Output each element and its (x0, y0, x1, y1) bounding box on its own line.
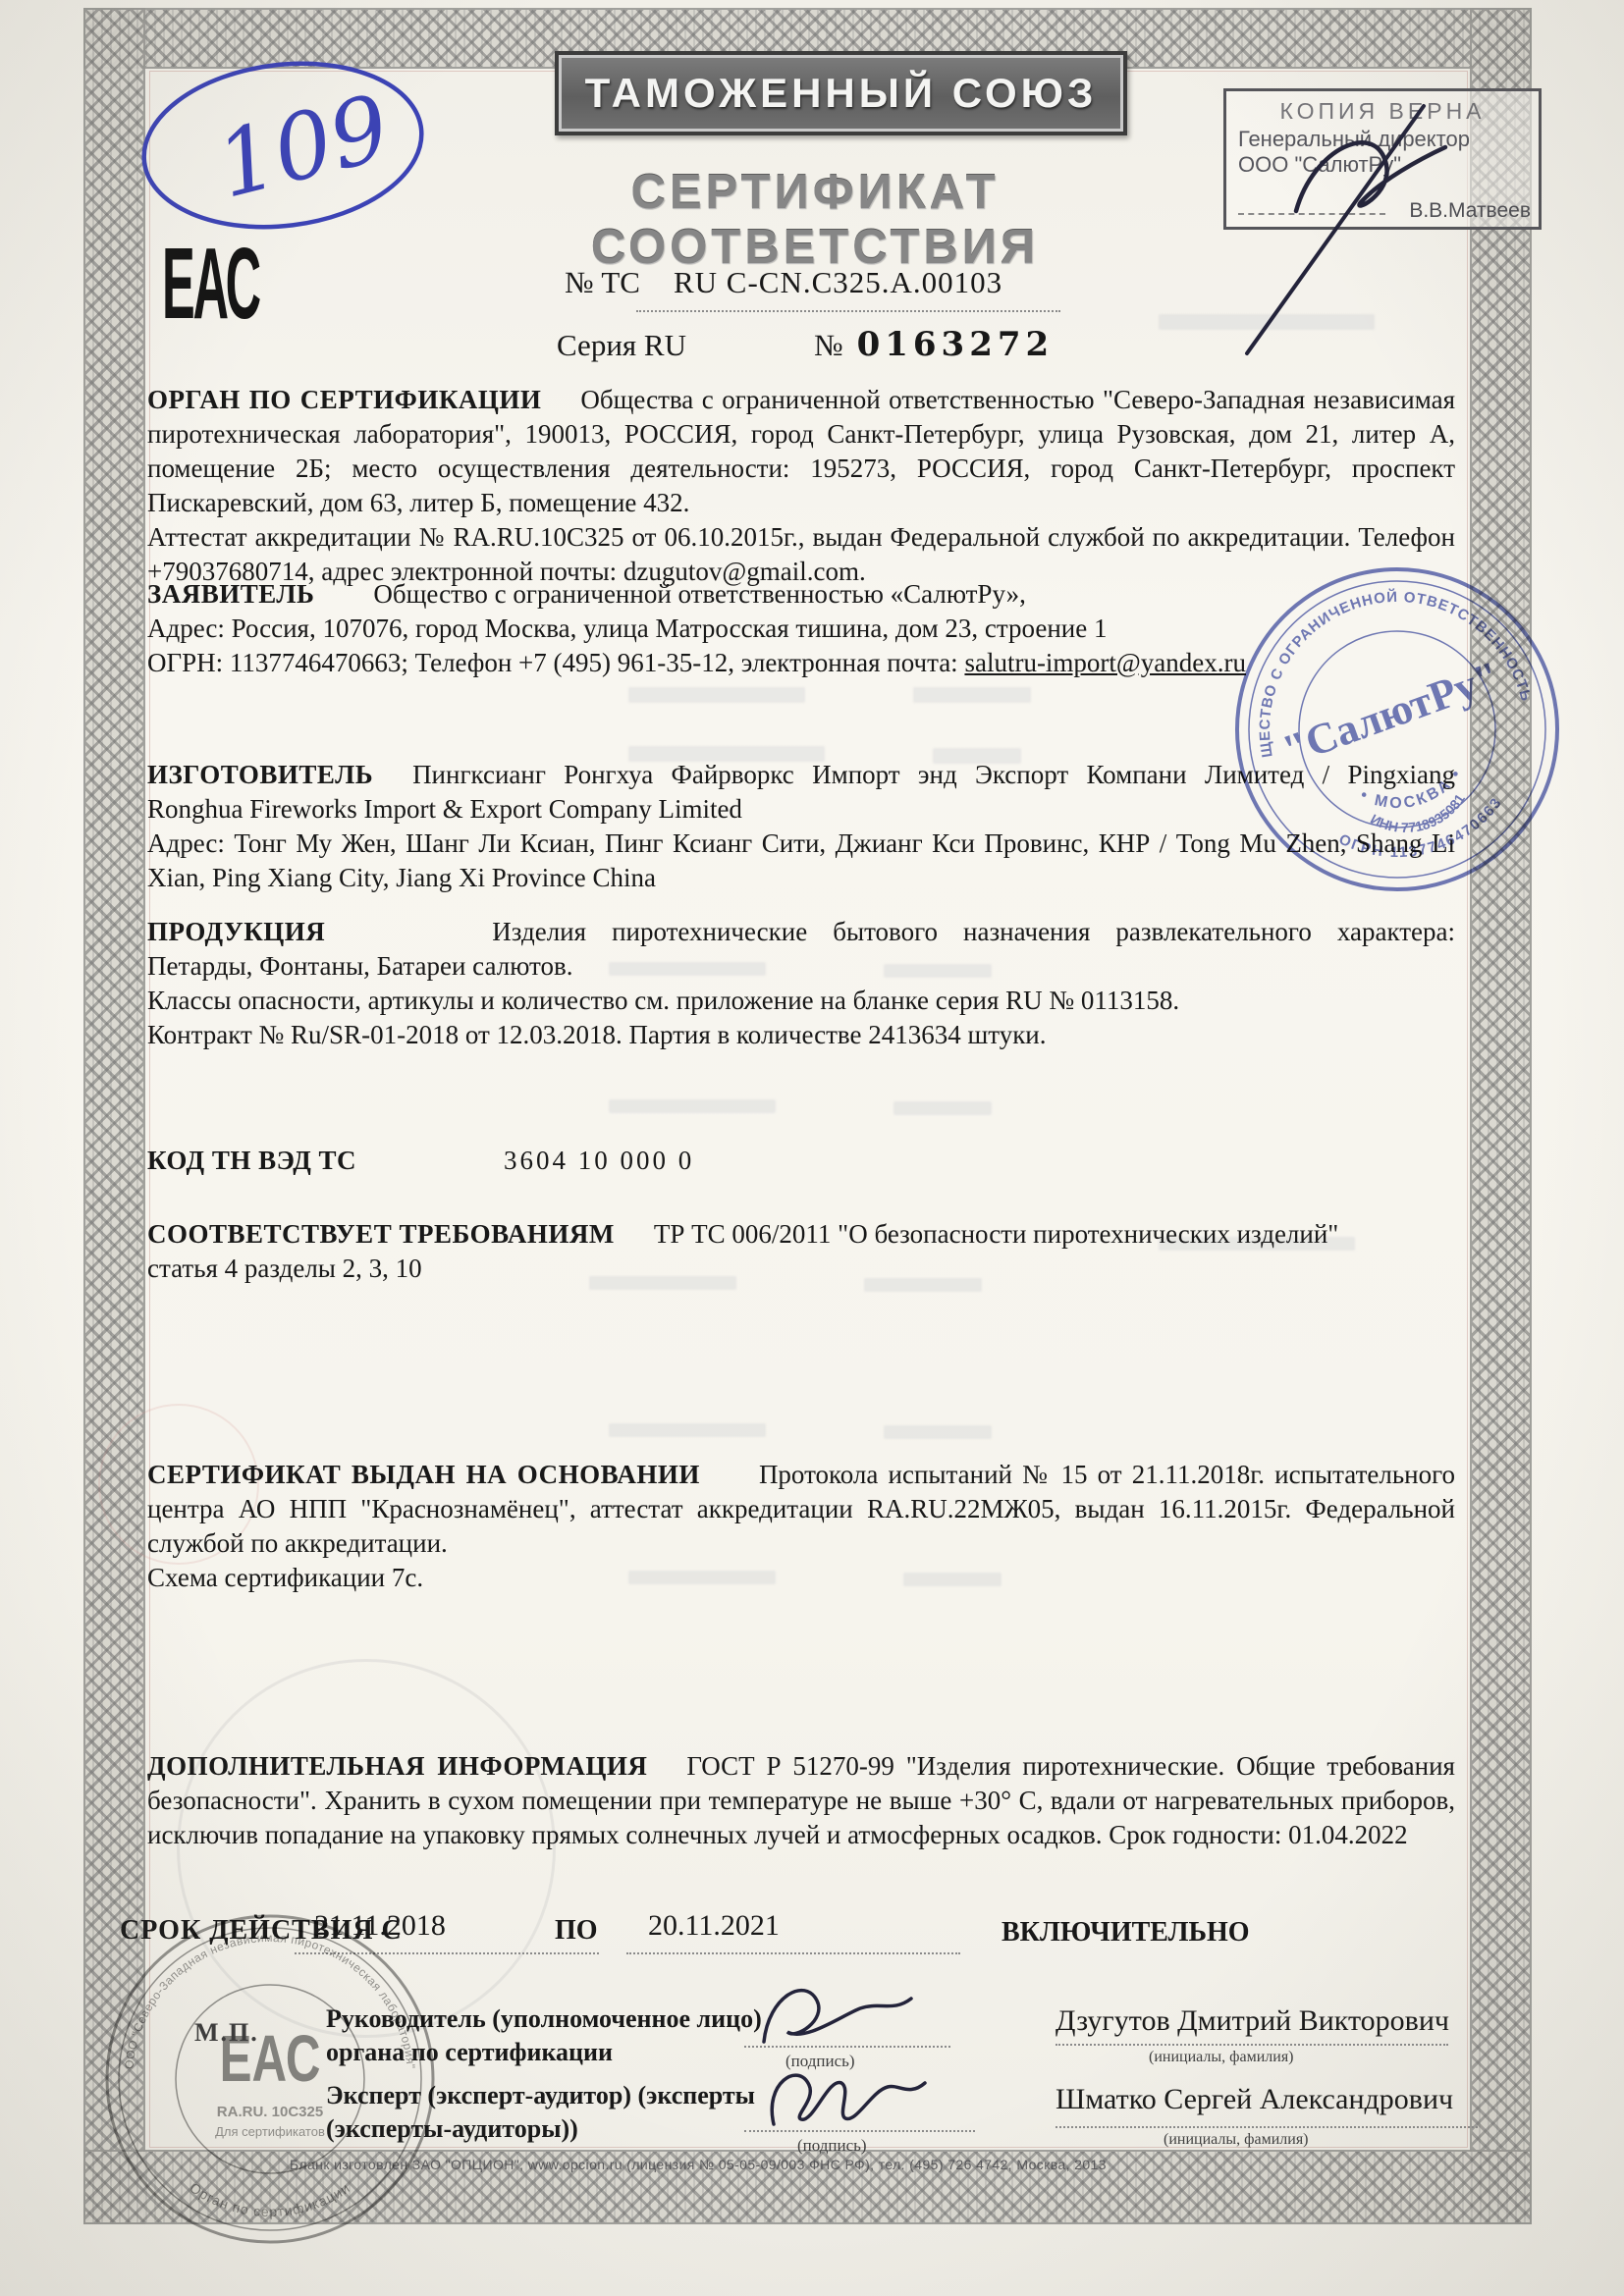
director-signature-ink (1100, 79, 1551, 363)
applicant-text: Общество с ограниченной ответственностью… (373, 579, 1025, 609)
series-label: Серия RU (557, 328, 686, 362)
head-name-caption: (инициалы, фамилия) (1149, 2049, 1294, 2066)
certificate-page: ТАМОЖЕННЫЙ СОЮЗ СЕРТИФИКАТ СООТВЕТСТВИЯ … (0, 0, 1624, 2296)
production-label: ПРОДУКЦИЯ (147, 917, 325, 946)
handwritten-page-number-text: 109 (207, 75, 400, 218)
validity-to-label: ПО (555, 1915, 598, 1947)
handwritten-page-number: 109 (126, 47, 440, 243)
basis-label: СЕРТИФИКАТ ВЫДАН НА ОСНОВАНИИ (147, 1460, 700, 1489)
certification-body-round-stamp: ООО "Северо-Западная независимая пиротех… (93, 1902, 447, 2256)
expert-name-caption: (инициалы, фамилия) (1164, 2131, 1309, 2149)
expert-name-underline (1056, 2126, 1478, 2128)
expert-name: Шматко Сергей Александрович (1056, 2083, 1478, 2116)
bleed-through-artifact (628, 687, 805, 703)
head-name: Дзугутов Дмитрий Викторович (1056, 2004, 1478, 2038)
manufacturer-label: ИЗГОТОВИТЕЛЬ (147, 760, 373, 789)
customs-union-banner-text: ТАМОЖЕННЫЙ СОЮЗ (585, 70, 1098, 117)
validity-to-date: 20.11.2021 (648, 1909, 780, 1943)
head-signature-ink (744, 1971, 1039, 2059)
section-basis: СЕРТИФИКАТ ВЫДАН НА ОСНОВАНИИПротокола и… (147, 1458, 1455, 1595)
eac-mark-logo: ЕАС (162, 234, 259, 335)
series-no-sign: № (814, 328, 843, 362)
mp-seal-placeholder: М.П. (194, 2018, 259, 2048)
bleed-through-artifact (609, 1099, 776, 1113)
section-certification-body: ОРГАН ПО СЕРТИФИКАЦИИОбщества с ограниче… (147, 383, 1455, 589)
certificate-number-row: № ТСRU C-CN.C325.A.00103 (565, 265, 1002, 300)
series-value: 0163272 (857, 325, 1055, 364)
body-stamp-ring-bottom-text: Орган по сертификации (188, 2179, 353, 2219)
blank-manufacturer-note: Бланк изготовлен ЗАО "ОПЦИОН", www.opcio… (290, 2157, 1429, 2172)
validity-inclusive: ВКЛЮЧИТЕЛЬНО (1001, 1917, 1250, 1949)
body-stamp-purpose-text: Для сертификатов (215, 2124, 325, 2139)
svg-text:Орган по сертификации: Орган по сертификации (188, 2179, 353, 2219)
section-tnved: КОД ТН ВЭД ТС3604 10 000 0 (147, 1144, 1455, 1178)
certificate-number-underline (636, 310, 1060, 312)
head-name-underline (1056, 2044, 1448, 2046)
bleed-through-artifact (913, 687, 1031, 703)
tnved-value: 3604 10 000 0 (504, 1146, 694, 1175)
expert-signature-ink (744, 2054, 1039, 2142)
tnved-label: КОД ТН ВЭД ТС (147, 1146, 356, 1175)
bleed-through-artifact (884, 1425, 992, 1439)
section-additional-info: ДОПОЛНИТЕЛЬНАЯ ИНФОРМАЦИЯГОСТ Р 51270-99… (147, 1749, 1455, 1852)
bleed-through-artifact (893, 1101, 992, 1115)
applicant-label: ЗАЯВИТЕЛЬ (147, 579, 314, 609)
section-compliance: СООТВЕТСТВУЕТ ТРЕБОВАНИЯМТР ТС 006/2011 … (147, 1217, 1455, 1286)
customs-union-banner: ТАМОЖЕННЫЙ СОЮЗ (555, 51, 1127, 135)
compliance-articles: статья 4 разделы 2, 3, 10 (147, 1252, 1455, 1286)
additional-info-label: ДОПОЛНИТЕЛЬНАЯ ИНФОРМАЦИЯ (147, 1751, 647, 1781)
production-contract: Контракт № Ru/SR-01-2018 от 12.03.2018. … (147, 1018, 1455, 1052)
certification-body-label: ОРГАН ПО СЕРТИФИКАЦИИ (147, 385, 541, 414)
bleed-through-artifact (609, 1423, 766, 1437)
compliance-label: СООТВЕТСТВУЕТ ТРЕБОВАНИЯМ (147, 1219, 615, 1249)
production-text: Изделия пиротехнические бытового назначе… (147, 917, 1455, 981)
validity-to-underline (626, 1952, 960, 1954)
basis-scheme: Схема сертификации 7с. (147, 1561, 1455, 1595)
certificate-number-value: RU C-CN.C325.A.00103 (674, 265, 1002, 299)
stamp-center-text: "СалютРу" (1276, 652, 1506, 774)
production-classes: Классы опасности, артикулы и количество … (147, 984, 1455, 1018)
document-title: СЕРТИФИКАТ СООТВЕТСТВИЯ (412, 165, 1218, 275)
border-ornament-left (83, 8, 145, 2224)
applicant-ogrn: ОГРН: 1137746470663; Телефон +7 (495) 96… (147, 648, 964, 677)
series-row: Серия RU№0163272 (557, 325, 1054, 364)
body-stamp-attestation-text: RA.RU. 10C325 (217, 2104, 323, 2120)
section-production: ПРОДУКЦИЯИзделия пиротехнические бытовог… (147, 915, 1455, 1052)
compliance-text: ТР ТС 006/2011 "О безопасности пиротехни… (654, 1219, 1338, 1249)
certificate-number-label: № ТС (565, 265, 640, 299)
